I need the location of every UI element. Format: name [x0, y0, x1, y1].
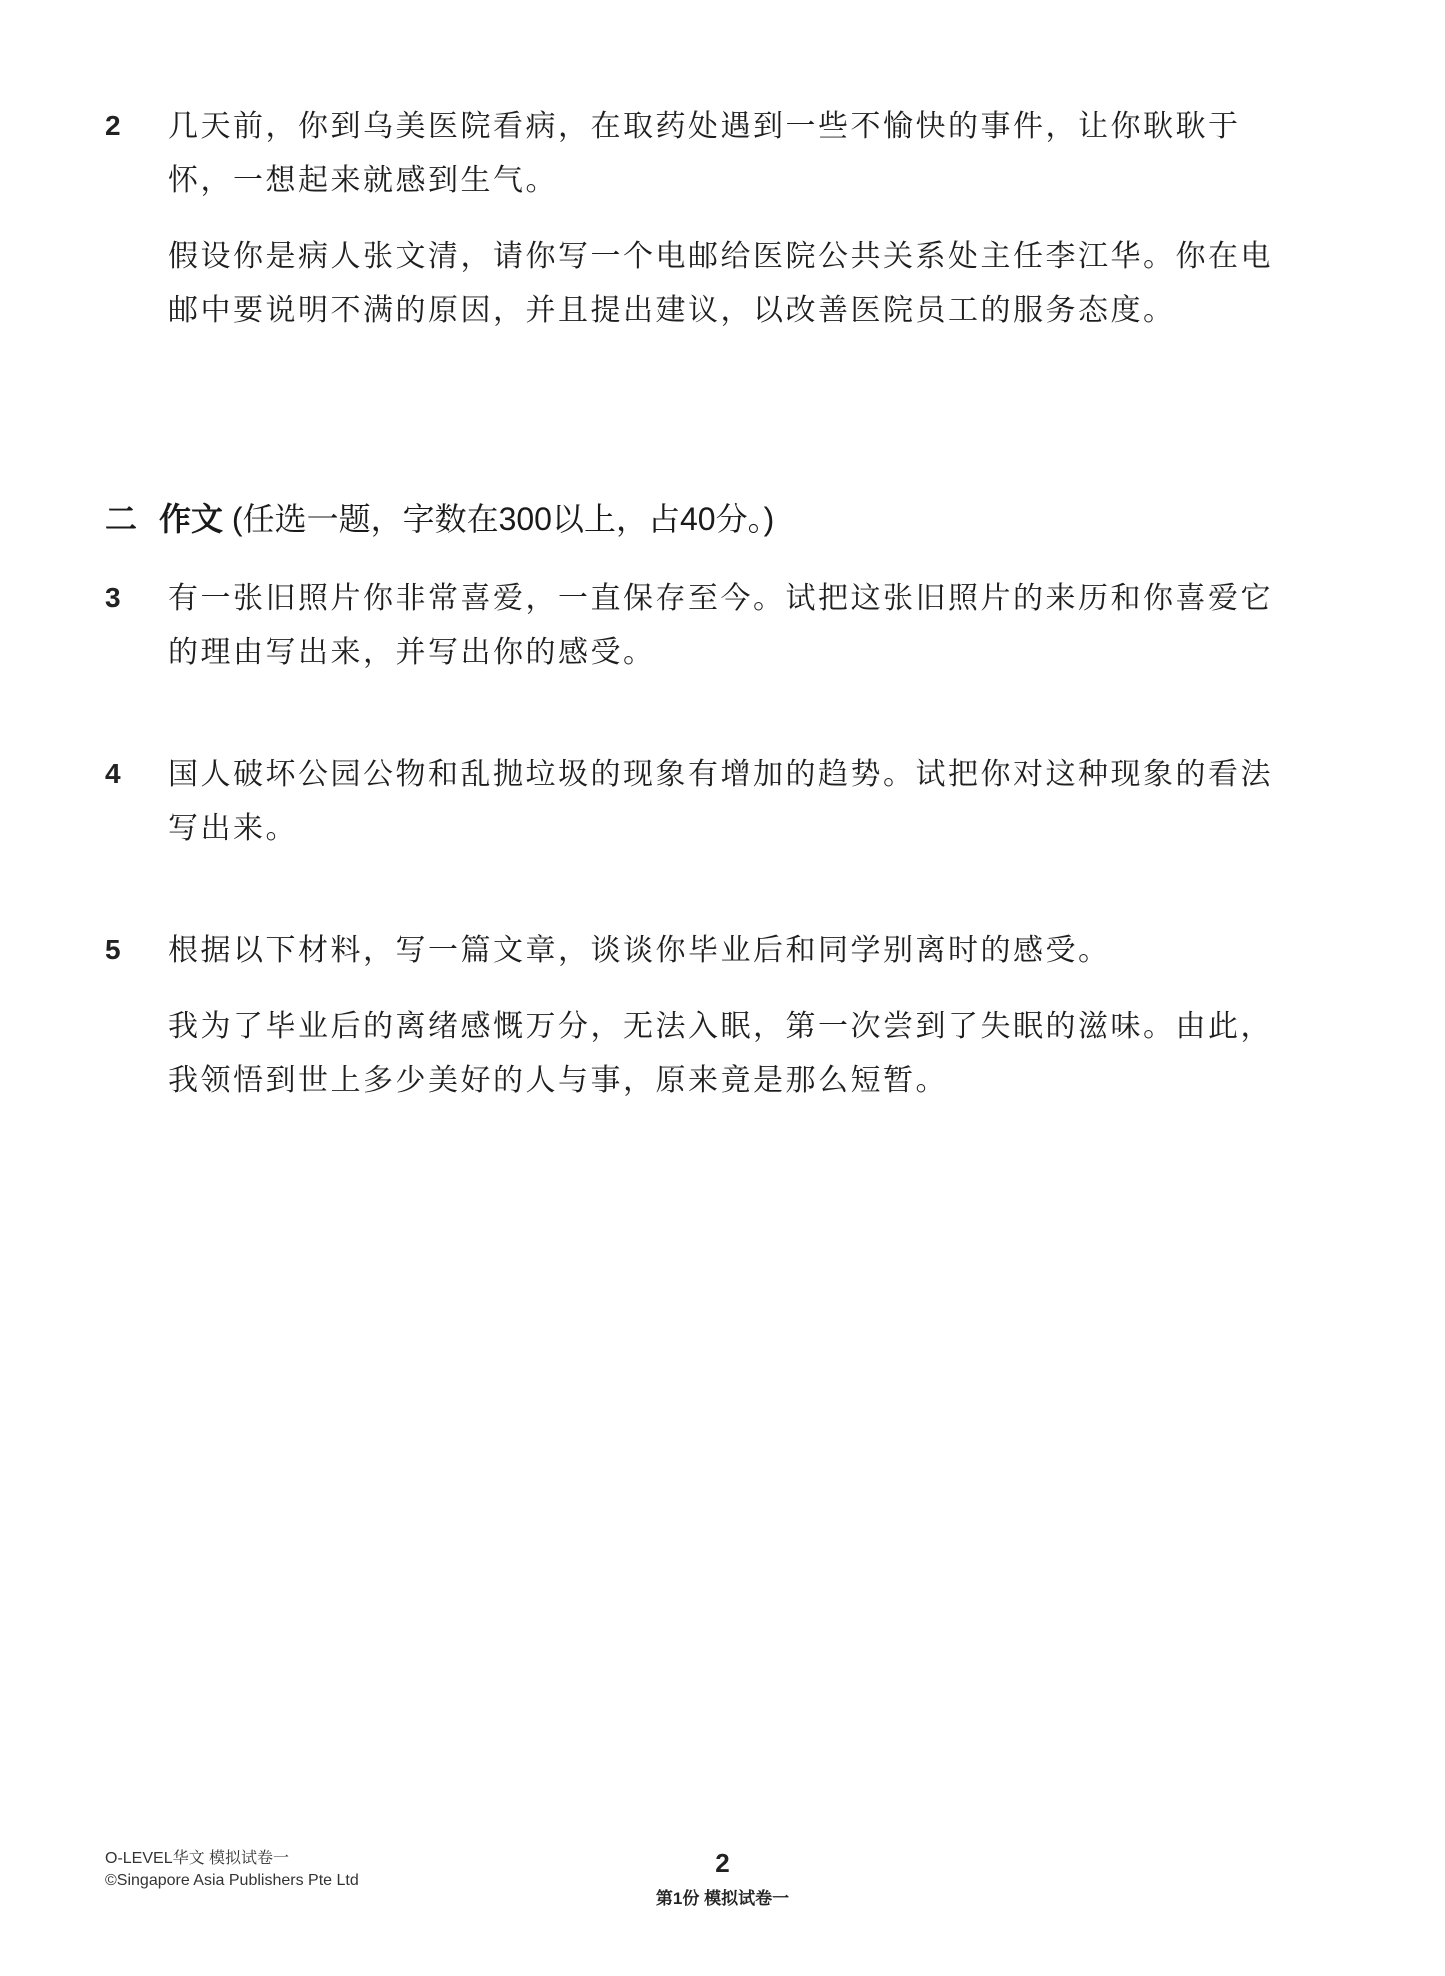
- section-number: 二: [105, 501, 137, 537]
- question-paragraph: 国人破坏公园公物和乱抛垃圾的现象有增加的趋势。试把你对这种现象的看法写出来。: [168, 748, 1298, 856]
- question-text: 国人破坏公园公物和乱抛垃圾的现象有增加的趋势。试把你对这种现象的看法写出来。: [168, 748, 1298, 856]
- question-paragraph: 有一张旧照片你非常喜爱，一直保存至今。试把这张旧照片的来历和你喜爱它的理由写出来…: [168, 572, 1298, 680]
- question-text: 根据以下材料，写一篇文章，谈谈你毕业后和同学别离时的感受。 我为了毕业后的离绪感…: [168, 924, 1298, 1108]
- page-number: 2: [0, 1848, 1445, 1878]
- question-text: 有一张旧照片你非常喜爱，一直保存至今。试把这张旧照片的来历和你喜爱它的理由写出来…: [168, 572, 1298, 680]
- question-number: 4: [105, 758, 145, 790]
- question-number: 2: [105, 110, 145, 142]
- section-heading: 二作文 (任选一题，字数在300以上，占40分。): [105, 494, 774, 540]
- section-note: (任选一题，字数在300以上，占40分。): [223, 501, 774, 537]
- question-paragraph: 几天前，你到乌美医院看病，在取药处遇到一些不愉快的事件，让你耿耿于怀，一想起来就…: [168, 100, 1298, 208]
- question-number: 3: [105, 582, 145, 614]
- question-paragraph: 我为了毕业后的离绪感慨万分，无法入眠，第一次尝到了失眠的滋味。由此，我领悟到世上…: [168, 1000, 1298, 1108]
- question-paragraph: 根据以下材料，写一篇文章，谈谈你毕业后和同学别离时的感受。: [168, 924, 1298, 978]
- question-text: 几天前，你到乌美医院看病，在取药处遇到一些不愉快的事件，让你耿耿于怀，一想起来就…: [168, 100, 1298, 338]
- page-label: 第1份 模拟试卷一: [0, 1884, 1445, 1909]
- question-paragraph: 假设你是病人张文清，请你写一个电邮给医院公共关系处主任李江华。你在电邮中要说明不…: [168, 230, 1298, 338]
- footer-page-info: 2 第1份 模拟试卷一: [0, 1848, 1445, 1909]
- section-title: 作文: [159, 501, 223, 537]
- question-number: 5: [105, 934, 145, 966]
